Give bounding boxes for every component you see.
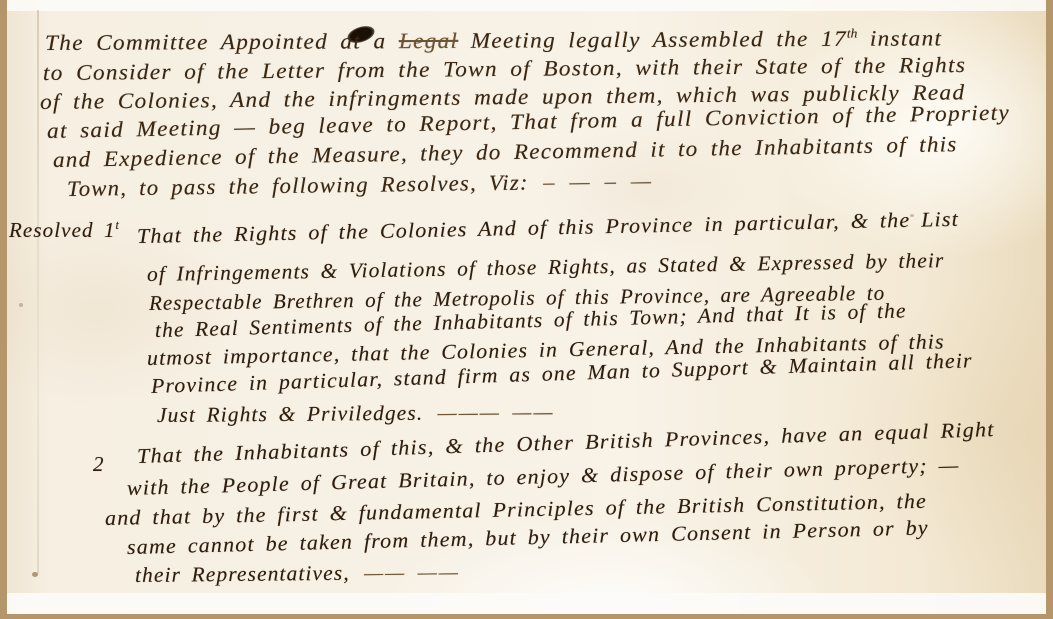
marker-text: Resolved 1 [9, 218, 116, 242]
trailing-dashes: —— —— [350, 560, 460, 585]
trailing-dashes: – — – — [529, 168, 654, 195]
manuscript-scan: The Committee Appointed at a Legal Meeti… [0, 0, 1053, 619]
trailing-dashes: ——— —— [423, 400, 554, 425]
paper-fold-line [37, 10, 39, 574]
ink-speck [32, 572, 38, 577]
scan-edge-top [7, 0, 1046, 11]
struck-word: Legal [399, 28, 459, 53]
scan-edge-bottom [7, 593, 1046, 614]
manuscript-line: That the Rights of the Colonies And of t… [137, 207, 959, 249]
superscript: t [116, 218, 119, 232]
line-text: The Committee Appointed at a [45, 28, 399, 55]
line-text: Just Rights & Priviledges. [157, 401, 423, 427]
manuscript-line: The Committee Appointed at a Legal Meeti… [45, 25, 942, 56]
manuscript-line: their Representatives,—— —— [135, 560, 460, 588]
superscript: th [847, 26, 858, 40]
resolve-1-marker: Resolved 1t [9, 218, 119, 243]
manuscript-line: Town, to pass the following Resolves, Vi… [67, 168, 653, 202]
resolve-2-marker: 2 [93, 452, 105, 477]
manuscript-line: Just Rights & Priviledges.——— —— [157, 400, 555, 428]
line-text: their Representatives, [135, 561, 350, 587]
ink-speck [19, 303, 23, 307]
line-text: instant [857, 25, 942, 50]
line-text: Meeting legally Assembled the 17 [458, 26, 847, 53]
paper-sheet: The Committee Appointed at a Legal Meeti… [7, 0, 1046, 614]
line-text: Town, to pass the following Resolves, Vi… [67, 170, 529, 201]
